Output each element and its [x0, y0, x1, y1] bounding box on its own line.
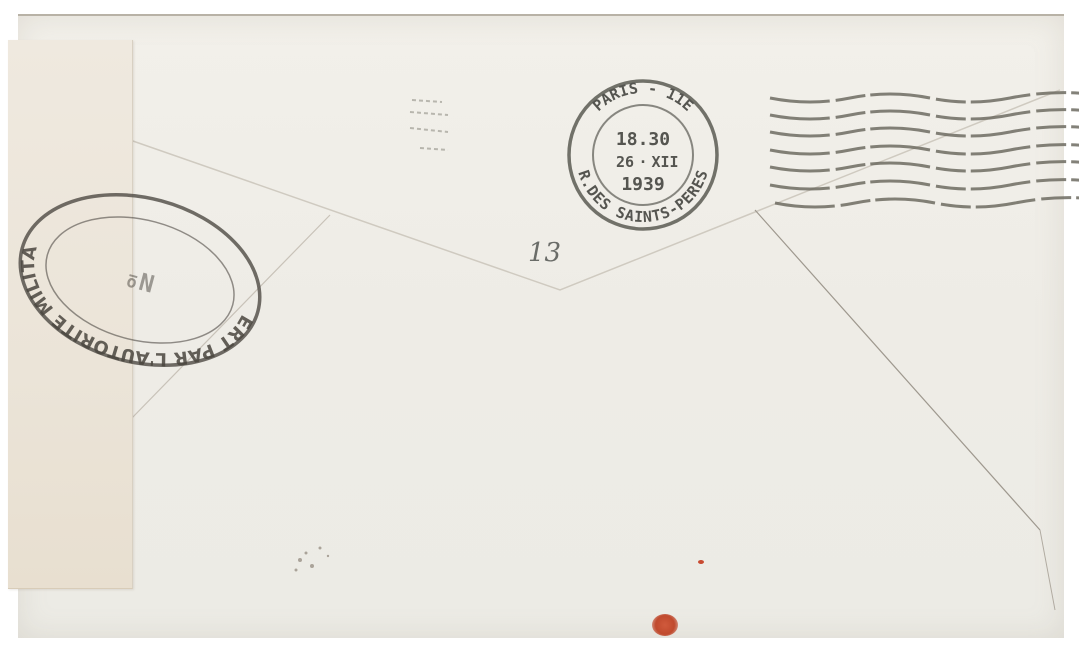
handwritten-number: 13: [528, 238, 561, 268]
red-wax-spot: [652, 614, 678, 636]
censor-stamp: OUVERT PAR L'AUTORITE MILITAIRE Nº: [0, 0, 1079, 650]
svg-text:Nº: Nº: [122, 263, 157, 298]
red-speck: [698, 560, 704, 564]
